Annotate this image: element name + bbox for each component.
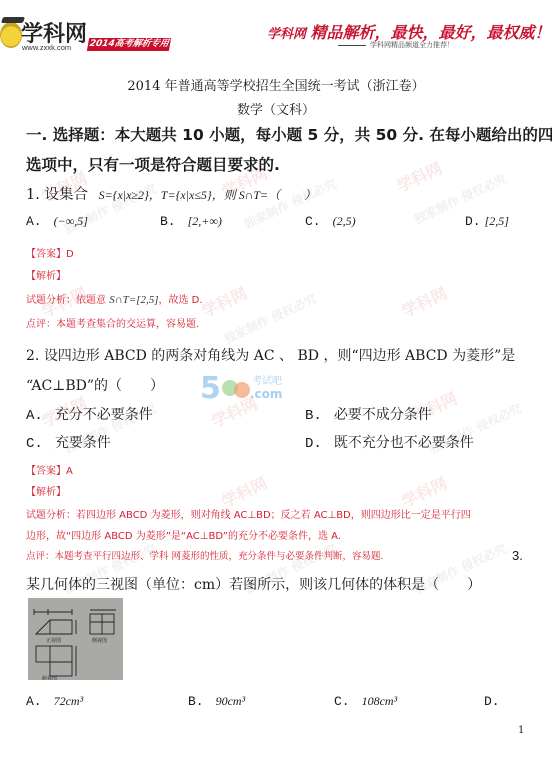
analysis-text: ，故选 D. <box>158 295 202 306</box>
analysis-2-line1: 试题分析：若四边形 ABCD 为菱形，则对角线 AC⊥BD；反之若 AC⊥BD，… <box>26 506 471 521</box>
option-value: 必要不成分条件 <box>334 407 432 423</box>
watermark: 学科网 <box>397 281 450 322</box>
watermark: 学科网 <box>197 281 250 322</box>
answer-value: D <box>66 249 74 260</box>
option-value: [2,+∞) <box>188 214 222 228</box>
option-c: C.(2,5) <box>305 214 356 229</box>
answer-2: 【答案】A <box>26 462 73 477</box>
option-label: A. <box>26 214 42 229</box>
question-2-line2: “AC⊥BD”的（ ） <box>26 375 164 395</box>
document-title: 2014 年普通高等学校招生全国统一考试（浙江卷） <box>0 75 552 94</box>
question-stem: 设集合 <box>44 187 88 203</box>
svg-text:考试吧: 考试吧 <box>252 374 282 387</box>
answer-value: A <box>66 466 73 477</box>
analysis-text: 试题分析：依题意 <box>26 295 106 306</box>
watermark: 独家制作 侵权必究 <box>221 290 319 348</box>
option-label: A. <box>26 694 42 709</box>
option-label: D. <box>305 436 322 452</box>
option-value: 充分不必要条件 <box>55 407 153 423</box>
option-label: D. <box>484 694 500 709</box>
analysis-label-1: 【解析】 <box>26 267 66 282</box>
question-stem: 设四边形 ABCD 的两条对角线为 AC 、 BD ，则“四边形 ABCD 为菱… <box>44 348 515 364</box>
question-3-stem: 某几何体的三视图（单位：cm）若图所示，则该几何体的体积是（ ） <box>26 574 481 594</box>
top-view-label: 俯视图 <box>42 675 57 680</box>
option-c: C.108cm³ <box>334 694 397 709</box>
question-3-number: 3. <box>512 548 523 563</box>
option-value: 108cm³ <box>362 694 398 708</box>
dash-line <box>338 45 366 46</box>
page-number: 1 <box>518 725 524 736</box>
option-label: C. <box>334 694 350 709</box>
watermark: 学科网 <box>392 156 445 197</box>
analysis-label-2: 【解析】 <box>26 483 66 498</box>
svg-text:.com: .com <box>250 387 282 401</box>
front-view-label: 正视图 <box>46 637 61 644</box>
three-view-diagram: 正视图 侧视图 俯视图 <box>28 598 123 680</box>
option-c: C.充要条件 <box>26 432 111 452</box>
slogan-prefix: 学科网 <box>267 27 306 42</box>
question-number: 2. <box>26 348 39 364</box>
answer-1: 【答案】D <box>26 245 74 260</box>
option-value: 充要条件 <box>55 435 111 451</box>
option-b: B.90cm³ <box>188 694 245 709</box>
answer-label: 【答案】 <box>26 466 66 477</box>
option-d: D. <box>484 694 512 709</box>
slogan-subtitle: 学科网精品频道全力推荐！ <box>338 40 454 50</box>
analysis-1: 试题分析：依题意 S∩T=[2,5]，故选 D. <box>26 291 203 306</box>
option-a: A.72cm³ <box>26 694 83 709</box>
option-label: D. <box>465 214 481 229</box>
option-a: A.(−∞,5] <box>26 214 88 229</box>
option-d: D.既不充分也不必要条件 <box>305 432 474 452</box>
side-view-label: 侧视图 <box>92 637 107 644</box>
option-b: B.[2,+∞) <box>160 214 222 229</box>
analysis-math: S∩T=[2,5] <box>109 294 158 306</box>
question-2-line1: 2. 设四边形 ABCD 的两条对角线为 AC 、 BD ，则“四边形 ABCD… <box>26 345 515 365</box>
comment-1: 点评：本题考查集合的交运算，容易题. <box>26 315 199 330</box>
exam-banner: 2014高考解析专用 <box>87 38 171 51</box>
site-url: www.zxxk.com <box>22 43 71 52</box>
option-label: C. <box>305 214 321 229</box>
option-label: C. <box>26 436 43 452</box>
option-label: B. <box>305 408 322 424</box>
slogan-sub-text: 学科网精品频道全力推荐！ <box>370 41 454 49</box>
site-logo-watermark: 5 考试吧 .com <box>200 368 290 412</box>
option-value: 既不充分也不必要条件 <box>334 435 474 451</box>
question-1: 1. 设集合 S={x|x≥2}，T={x|x≤5}，则 S∩T=（ ） <box>26 183 316 204</box>
mascot-icon <box>0 22 22 48</box>
logo-500-icon: 5 考试吧 .com <box>200 368 290 408</box>
comment-2: 点评：本题考查平行四边形、学科 网菱形的性质，充分条件与必要条件判断，容易题. <box>26 548 384 562</box>
option-value: (2,5) <box>333 214 356 228</box>
option-value: 90cm³ <box>216 694 246 708</box>
svg-text:5: 5 <box>200 371 221 406</box>
answer-label: 【答案】 <box>26 249 66 260</box>
option-label: B. <box>160 214 176 229</box>
option-label: A. <box>26 408 43 424</box>
option-b: B.必要不成分条件 <box>305 404 432 424</box>
option-value: 72cm³ <box>54 694 84 708</box>
section-heading: 一. 选择题：本大题共 10 小题，每小题 5 分，共 50 分. 在每小题给出… <box>26 123 552 145</box>
option-d: D.[2,5] <box>465 214 509 229</box>
question-math: S={x|x≥2}，T={x|x≤5}，则 S∩T=（ ） <box>99 188 317 202</box>
option-value: [2,5] <box>485 214 509 228</box>
analysis-2-line2: 边形，故“四边形 ABCD 为菱形”是“AC⊥BD”的充分不必要条件，选 A. <box>26 527 341 542</box>
option-a: A.充分不必要条件 <box>26 404 153 424</box>
section-heading-cont: 选项中，只有一项是符合题目要求的. <box>26 153 280 175</box>
option-value: (−∞,5] <box>54 214 88 228</box>
three-view-drawing-icon: 正视图 侧视图 俯视图 <box>28 598 123 680</box>
option-label: B. <box>188 694 204 709</box>
document-subtitle: 数学（文科） <box>0 99 552 118</box>
question-number: 1. <box>26 187 40 203</box>
